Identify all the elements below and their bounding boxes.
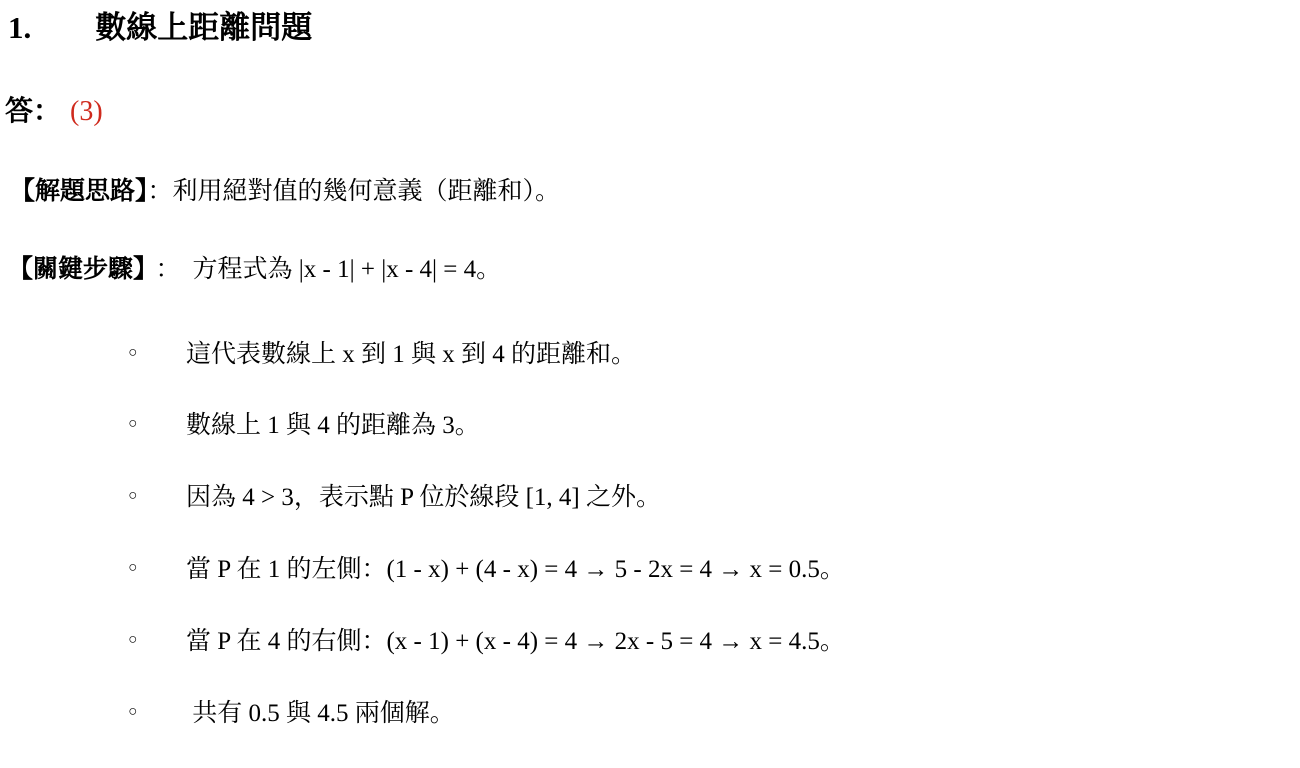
list-item-text: 當 P 在 4 的右側：(x - 1) + (x - 4) = 4 → 2x -… bbox=[186, 628, 845, 655]
list-item: ◦數線上 1 與 4 的距離為 3。 bbox=[186, 410, 480, 443]
bullet-marker-icon: ◦ bbox=[126, 699, 140, 729]
bullet-marker-icon: ◦ bbox=[126, 627, 140, 657]
key-steps-text: 方程式為 |x - 1| + |x - 4| = 4。 bbox=[193, 256, 502, 283]
solution-approach-text: 利用絕對值的幾何意義（距離和）。 bbox=[173, 178, 561, 205]
list-item-text: 因為 4 > 3，表示點 P 位於線段 [1, 4] 之外。 bbox=[186, 484, 661, 511]
key-steps-label: 【關鍵步驟】 bbox=[8, 256, 146, 283]
list-item: ◦ 共有 0.5 與 4.5 兩個解。 bbox=[186, 698, 455, 731]
problem-title: 數線上距離問題 bbox=[95, 10, 312, 45]
answer-value: (3) bbox=[70, 96, 103, 127]
list-item-text: 數線上 1 與 4 的距離為 3。 bbox=[186, 412, 480, 439]
bullet-marker-icon: ◦ bbox=[126, 411, 140, 441]
list-item: ◦這代表數線上 x 到 1 與 x 到 4 的距離和。 bbox=[186, 339, 636, 372]
list-item: ◦因為 4 > 3，表示點 P 位於線段 [1, 4] 之外。 bbox=[186, 482, 661, 515]
bullet-marker-icon: ◦ bbox=[126, 483, 140, 513]
problem-number: 1. bbox=[8, 10, 31, 45]
list-item: ◦當 P 在 4 的右側：(x - 1) + (x - 4) = 4 → 2x … bbox=[186, 626, 845, 659]
answer-label: 答： bbox=[5, 96, 61, 127]
solution-approach-line: 【解題思路】：利用絕對值的幾何意義（距離和）。 bbox=[10, 176, 560, 209]
problem-heading: 1.數線上距離問題 bbox=[8, 9, 312, 46]
bullet-marker-icon: ◦ bbox=[126, 340, 140, 370]
solution-approach-colon: ： bbox=[148, 178, 173, 205]
key-steps-line: 【關鍵步驟】：方程式為 |x - 1| + |x - 4| = 4。 bbox=[8, 254, 501, 287]
answer-line: 答：(3) bbox=[5, 95, 103, 129]
key-steps-colon: ： bbox=[156, 256, 181, 283]
list-item-text: 這代表數線上 x 到 1 與 x 到 4 的距離和。 bbox=[186, 341, 636, 368]
document-page: 1.數線上距離問題 答：(3) 【解題思路】：利用絕對值的幾何意義（距離和）。 … bbox=[0, 0, 1300, 768]
bullet-marker-icon: ◦ bbox=[126, 555, 140, 585]
list-item-text: 當 P 在 1 的左側：(1 - x) + (4 - x) = 4 → 5 - … bbox=[186, 556, 845, 583]
solution-approach-label: 【解題思路】 bbox=[10, 178, 148, 205]
list-item-text: 共有 0.5 與 4.5 兩個解。 bbox=[186, 700, 455, 727]
list-item: ◦當 P 在 1 的左側：(1 - x) + (4 - x) = 4 → 5 -… bbox=[186, 554, 845, 587]
